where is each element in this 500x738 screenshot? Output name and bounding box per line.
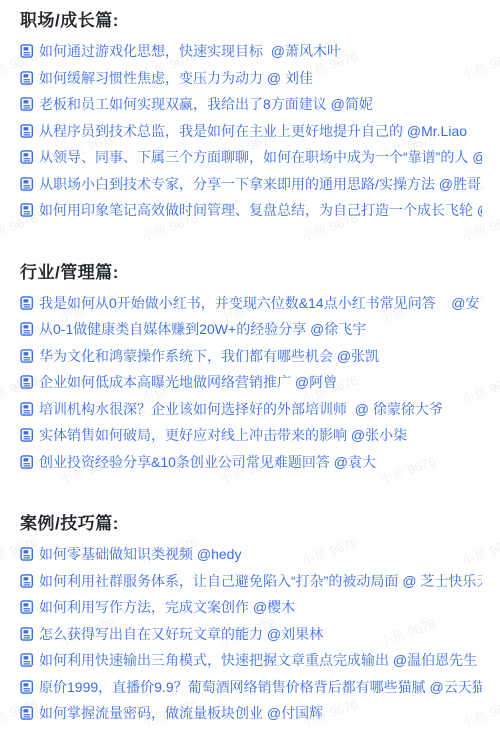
list-item: 原价1999，直播价9.9？葡萄酒网络销售价格背后都有哪些猫腻 @云天猫猫 xyxy=(20,674,482,701)
list-item: 企业如何低成本高曝光地做网络营销推广 @阿曾 xyxy=(20,369,482,396)
article-link[interactable]: 如何零基础做知识类视频 @hedy xyxy=(39,541,241,568)
document-icon xyxy=(20,349,34,363)
document-icon xyxy=(20,375,34,389)
document-icon xyxy=(20,680,34,694)
article-link[interactable]: 从职场小白到技术专家，分享一下拿来即用的通用思路/实操方法 @胜哥聊管理 xyxy=(39,171,482,198)
document-icon xyxy=(20,177,34,191)
section-heading: 职场/成长篇: xyxy=(20,10,482,32)
document-icon xyxy=(20,44,34,58)
article-link[interactable]: 从程序员到技术总监，我是如何在主业上更好地提升自己的 @Mr.Liao xyxy=(39,118,467,145)
list-item: 从领导、同事、下属三个方面聊聊，如何在职场中成为一个“靠谱”的人 @麒麟 xyxy=(20,144,482,171)
document-icon xyxy=(20,547,34,561)
list-item: 如何缓解习惯性焦虑，变压力为动力 @ 刘佳 xyxy=(20,65,482,92)
document-icon xyxy=(20,627,34,641)
document-body: 职场/成长篇: 如何通过游戏化思想，快速实现目标 @萧风木叶 如何缓解习惯性焦虑… xyxy=(0,0,500,727)
article-link[interactable]: 我是如何从0开始做小红书，并变现六位数&14点小红书常见问答 @安了个安安 xyxy=(39,290,482,317)
document-icon xyxy=(20,706,34,720)
section-industry-management: 行业/管理篇: 我是如何从0开始做小红书，并变现六位数&14点小红书常见问答 @… xyxy=(20,262,482,476)
list-item: 从程序员到技术总监，我是如何在主业上更好地提升自己的 @Mr.Liao xyxy=(20,118,482,145)
document-icon xyxy=(20,600,34,614)
document-icon xyxy=(20,124,34,138)
article-link[interactable]: 如何利用快速输出三角模式，快速把握文章重点完成输出 @温伯恩先生 xyxy=(39,647,477,674)
article-link[interactable]: 如何缓解习惯性焦虑，变压力为动力 @ 刘佳 xyxy=(39,65,313,92)
document-icon xyxy=(20,150,34,164)
document-icon xyxy=(20,71,34,85)
list-item: 如何利用快速输出三角模式，快速把握文章重点完成输出 @温伯恩先生 xyxy=(20,647,482,674)
article-link[interactable]: 如何掌握流量密码，做流量板块创业 @付国辉 xyxy=(39,700,323,727)
document-icon xyxy=(20,428,34,442)
list-item: 华为文化和鸿蒙操作系统下，我们都有哪些机会 @张凯 xyxy=(20,343,482,370)
document-icon xyxy=(20,574,34,588)
article-link[interactable]: 如何利用写作方法，完成文案创作 @樱木 xyxy=(39,594,295,621)
document-icon xyxy=(20,322,34,336)
list-item: 从0-1做健康类自媒体赚到20W+的经验分享 @徐飞宇 xyxy=(20,316,482,343)
section-heading: 案例/技巧篇: xyxy=(20,513,482,535)
document-icon xyxy=(20,455,34,469)
article-link[interactable]: 老板和员工如何实现双赢，我给出了8方面建议 @简妮 xyxy=(39,91,373,118)
document-icon xyxy=(20,296,34,310)
article-link[interactable]: 培训机构水很深？企业该如何选择好的外部培训师 @ 徐蒙徐大爷 xyxy=(39,396,443,423)
list-item: 我是如何从0开始做小红书，并变现六位数&14点小红书常见问答 @安了个安安 xyxy=(20,290,482,317)
article-link[interactable]: 实体销售如何破局，更好应对线上冲击带来的影响 @张小柒 xyxy=(39,422,407,449)
article-link[interactable]: 如何用印象笔记高效做时间管理、复盘总结，为自己打造一个成长飞轮 @小晨星 xyxy=(39,197,482,224)
article-link[interactable]: 企业如何低成本高曝光地做网络营销推广 @阿曾 xyxy=(39,369,337,396)
list-item: 实体销售如何破局，更好应对线上冲击带来的影响 @张小柒 xyxy=(20,422,482,449)
article-link[interactable]: 华为文化和鸿蒙操作系统下，我们都有哪些机会 @张凯 xyxy=(39,343,379,370)
document-icon xyxy=(20,97,34,111)
article-link[interactable]: 从领导、同事、下属三个方面聊聊，如何在职场中成为一个“靠谱”的人 @麒麟 xyxy=(39,144,482,171)
document-icon xyxy=(20,402,34,416)
list-item: 从职场小白到技术专家，分享一下拿来即用的通用思路/实操方法 @胜哥聊管理 xyxy=(20,171,482,198)
article-link[interactable]: 创业投资经验分享&10条创业公司常见难题回答 @袁大 xyxy=(39,449,376,476)
section-workplace-growth: 职场/成长篇: 如何通过游戏化思想，快速实现目标 @萧风木叶 如何缓解习惯性焦虑… xyxy=(20,10,482,224)
document-icon xyxy=(20,653,34,667)
list-item: 如何利用社群服务体系，让自己避免陷入“打杂”的被动局面 @ 芝士快乐天 xyxy=(20,568,482,595)
article-link[interactable]: 如何通过游戏化思想，快速实现目标 @萧风木叶 xyxy=(39,38,341,65)
list-item: 老板和员工如何实现双赢，我给出了8方面建议 @简妮 xyxy=(20,91,482,118)
list-item: 培训机构水很深？企业该如何选择好的外部培训师 @ 徐蒙徐大爷 xyxy=(20,396,482,423)
list-item: 创业投资经验分享&10条创业公司常见难题回答 @袁大 xyxy=(20,449,482,476)
list-item: 如何利用写作方法，完成文案创作 @樱木 xyxy=(20,594,482,621)
document-icon xyxy=(20,203,34,217)
article-link[interactable]: 从0-1做健康类自媒体赚到20W+的经验分享 @徐飞宇 xyxy=(39,316,366,343)
list-item: 怎么获得写出自在又好玩文章的能力 @刘果林 xyxy=(20,621,482,648)
list-item: 如何零基础做知识类视频 @hedy xyxy=(20,541,482,568)
article-link[interactable]: 原价1999，直播价9.9？葡萄酒网络销售价格背后都有哪些猫腻 @云天猫猫 xyxy=(39,674,482,701)
article-link[interactable]: 怎么获得写出自在又好玩文章的能力 @刘果林 xyxy=(39,621,323,648)
list-item: 如何掌握流量密码，做流量板块创业 @付国辉 xyxy=(20,700,482,727)
article-link[interactable]: 如何利用社群服务体系，让自己避免陷入“打杂”的被动局面 @ 芝士快乐天 xyxy=(39,568,482,595)
list-item: 如何用印象笔记高效做时间管理、复盘总结，为自己打造一个成长飞轮 @小晨星 xyxy=(20,197,482,224)
section-heading: 行业/管理篇: xyxy=(20,262,482,284)
list-item: 如何通过游戏化思想，快速实现目标 @萧风木叶 xyxy=(20,38,482,65)
section-cases-skills: 案例/技巧篇: 如何零基础做知识类视频 @hedy 如何利用社群服务体系，让自己… xyxy=(20,513,482,727)
